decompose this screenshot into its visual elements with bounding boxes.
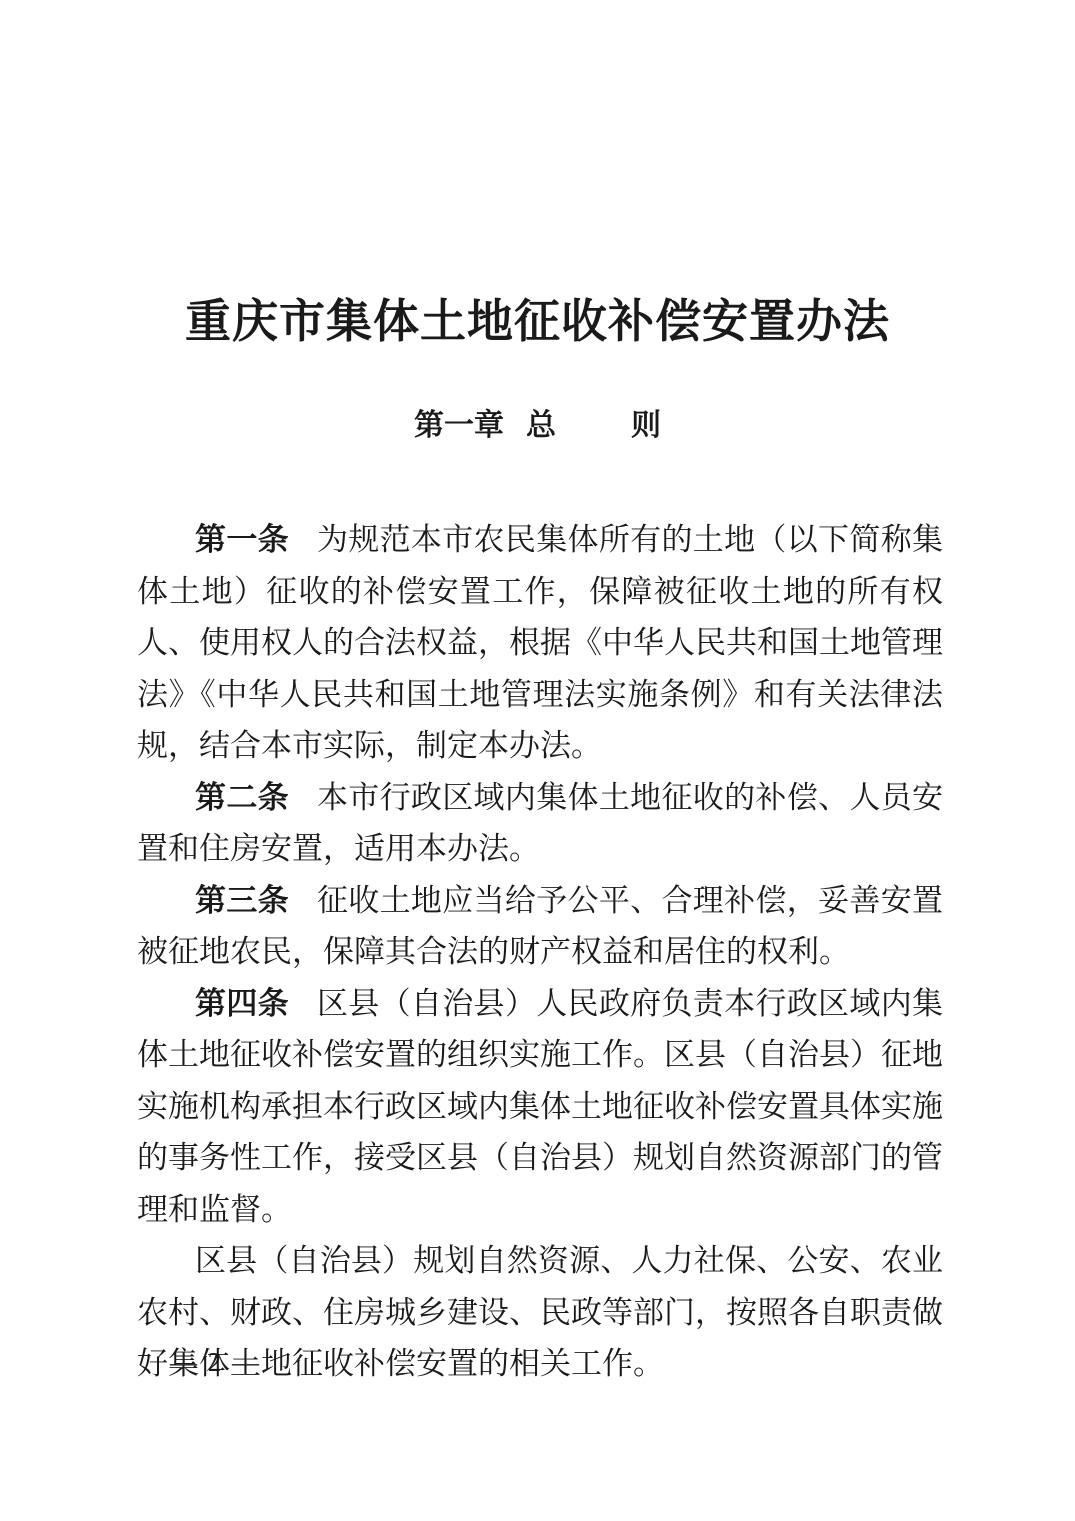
article-1-paragraph: 第一条为规范本市农民集体所有的土地（以下简称集体土地）征收的补偿安置工作，保障被… (137, 514, 943, 772)
article-1-text: 为规范本市农民集体所有的土地（以下简称集体土地）征收的补偿安置工作，保障被征收土… (137, 522, 943, 763)
chapter-word-second: 则 (631, 409, 661, 442)
document-page: 重庆市集体土地征收补偿安置办法 第一章总则 第一条为规范本市农民集体所有的土地（… (0, 0, 1075, 1521)
article-4-paragraph: 第四条区县（自治县）人民政府负责本行政区域内集体土地征收补偿安置的组织实施工作。… (137, 978, 943, 1236)
page-number: — 2 — (170, 1346, 261, 1378)
article-1-label: 第一条 (195, 522, 289, 557)
chapter-number: 第一章 (414, 409, 504, 442)
article-3-paragraph: 第三条征收土地应当给予公平、合理补偿，妥善安置被征地农民，保障其合法的财产权益和… (137, 875, 943, 978)
document-body: 第一条为规范本市农民集体所有的土地（以下简称集体土地）征收的补偿安置工作，保障被… (137, 443, 943, 1390)
article-3-label: 第三条 (195, 883, 289, 918)
article-4-text: 区县（自治县）人民政府负责本行政区域内集体土地征收补偿安置的组织实施工作。区县（… (137, 986, 943, 1227)
article-2-label: 第二条 (195, 780, 289, 815)
chapter-word-first: 总 (526, 409, 556, 442)
chapter-heading: 第一章总则 (0, 347, 1075, 443)
article-2-paragraph: 第二条本市行政区域内集体土地征收的补偿、人员安置和住房安置，适用本办法。 (137, 772, 943, 875)
document-title: 重庆市集体土地征收补偿安置办法 (0, 0, 1075, 347)
article-4-label: 第四条 (195, 986, 289, 1021)
